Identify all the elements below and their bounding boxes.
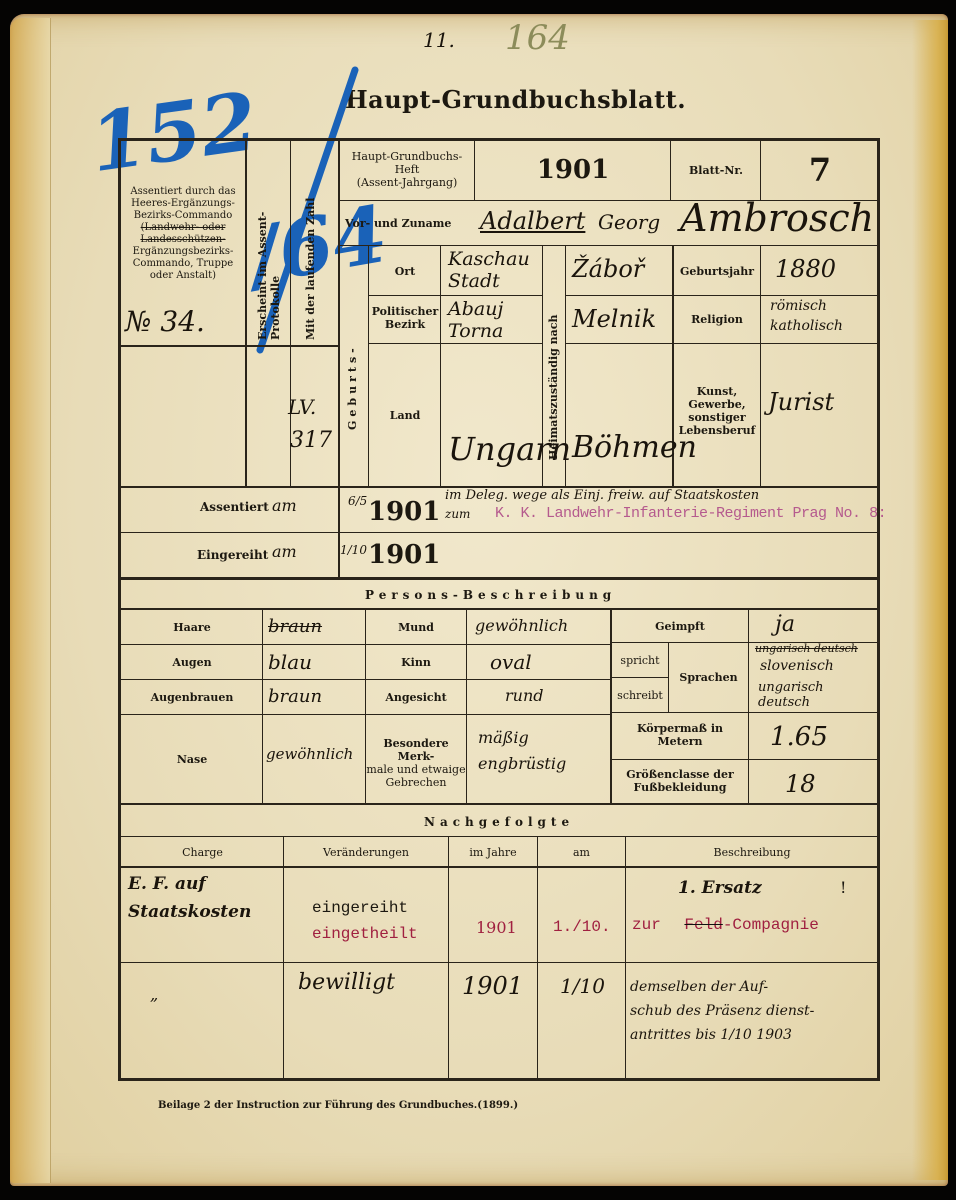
heimat-section-label: Heimatszuständig nach: [547, 290, 560, 460]
divider: [466, 608, 467, 804]
label-line: Bezirk: [370, 318, 440, 331]
row1-am: 1./10.: [553, 918, 611, 936]
row2-am: 1/10: [560, 974, 605, 998]
geburtsjahr-value: 1880: [775, 255, 836, 283]
divider: [245, 140, 247, 486]
ort-label: Ort: [370, 248, 440, 294]
label-line: Commando, Truppe: [122, 258, 244, 270]
value-line: römisch: [770, 296, 843, 316]
laufende-value: 317: [290, 428, 332, 453]
middle-name: Georg: [598, 210, 660, 234]
augen-value: blau: [268, 650, 312, 674]
heft-label: Haupt-Grundbuchs- Heft (Assent-Jahrgang): [342, 150, 472, 189]
assentiert-am: am: [272, 496, 297, 515]
mund-value: gewöhnlich: [475, 616, 568, 635]
eingereiht-am: am: [272, 542, 297, 561]
row2-jahr: 1901: [462, 972, 523, 1000]
eingereiht-row-label: Eingereiht: [197, 548, 268, 562]
beruf-label: Kunst, Gewerbe, sonstiger Lebensberuf: [674, 385, 760, 437]
value-line: Staatskosten: [128, 898, 251, 926]
label-line: Politischer: [370, 305, 440, 318]
divider: [448, 836, 449, 1078]
bezirk-label: Politischer Bezirk: [370, 305, 440, 331]
value-line: schub des Präsenz dienst-: [630, 999, 814, 1023]
label-line: Größenclasse der: [612, 768, 748, 781]
divider: [612, 712, 878, 713]
pencil-number: 164: [505, 18, 570, 58]
col-beschreibung: Beschreibung: [626, 838, 878, 866]
divider: [670, 140, 671, 200]
geburtsjahr-label: Geburtsjahr: [674, 248, 760, 294]
divider: [120, 532, 878, 533]
land-label: Land: [370, 345, 440, 485]
blatt-value: 7: [762, 140, 878, 200]
row2-charge: „: [150, 985, 158, 1004]
row1-jahr: 1901: [476, 918, 517, 937]
divider: [625, 836, 626, 1078]
divider: [120, 577, 878, 580]
eingereiht-date-prefix: 1/10: [340, 543, 367, 557]
series-number: 11.: [423, 28, 455, 52]
value-line: E. F. auf: [128, 870, 251, 898]
label-line: Körpermaß in: [612, 722, 748, 735]
row1-mark: !: [840, 878, 846, 897]
heimat-bezirk-value: Melnik: [572, 305, 656, 333]
label-line: Gebrechen: [366, 776, 466, 789]
label-line: Lebensberuf: [674, 424, 760, 437]
sprachen-label: Sprachen: [669, 643, 748, 712]
religion-label: Religion: [674, 296, 760, 342]
divider: [440, 245, 441, 486]
geimpft-value: ja: [775, 612, 795, 637]
col-veraenderungen: Veränderungen: [284, 838, 448, 866]
divider: [340, 245, 878, 246]
kinn-label: Kinn: [366, 645, 466, 679]
divider: [120, 803, 878, 805]
value-line: antrittes bis 1/10 1903: [630, 1023, 814, 1047]
kinn-value: oval: [490, 650, 532, 674]
col-jahr: im Jahre: [449, 838, 537, 866]
description-section-title: Persons-Beschreibung: [365, 588, 616, 602]
zur-text: zur: [632, 916, 661, 934]
label-line: Heft: [342, 163, 472, 176]
page-right-edge-stain: [912, 20, 948, 1180]
spricht-label: spricht: [612, 643, 668, 677]
eingereiht-year: 1901: [368, 540, 440, 570]
label-line-struck: (Landwehr- oder: [122, 222, 244, 234]
assentiert-note: im Deleg. wege als Einj. freiw. auf Staa…: [445, 488, 759, 503]
divider: [283, 836, 284, 1078]
value-line: katholisch: [770, 316, 843, 336]
nachgefolgte-title: Nachgefolgte: [424, 815, 574, 829]
koerpermass-value: 1.65: [770, 722, 828, 752]
value-line: engbrüstig: [478, 751, 566, 777]
nase-value: gewöhnlich: [266, 745, 353, 763]
divider: [368, 245, 369, 486]
value-line: demselben der Auf-: [630, 975, 814, 999]
label-line: Assentiert durch das: [122, 186, 244, 198]
value-line: Abauj: [448, 298, 503, 320]
divider: [338, 140, 340, 578]
assentiert-number: № 34.: [125, 305, 205, 338]
page-left-edge: [10, 18, 51, 1183]
divider: [537, 836, 538, 1078]
fuss-label: Größenclasse der Fußbekleidung: [612, 768, 748, 794]
erscheint-label: Erscheint im Assent-Protokolle: [256, 190, 282, 340]
divider: [120, 345, 340, 347]
nase-label: Nase: [122, 715, 262, 803]
row2-veraenderung: bewilligt: [298, 970, 395, 995]
divider: [120, 866, 878, 868]
haare-label: Haare: [122, 610, 262, 644]
divider: [760, 140, 761, 200]
label-line: (Assent-Jahrgang): [342, 176, 472, 189]
heimat-ort-value: Žáboř: [572, 255, 644, 283]
augenbrauen-label: Augenbrauen: [122, 680, 262, 714]
value-line: eingetheilt: [312, 921, 418, 947]
label-line: Bezirks-Commando: [122, 210, 244, 222]
row1-beschreibung: zur Feld-Compagnie: [632, 916, 819, 934]
divider: [120, 962, 878, 963]
label-line: Fußbekleidung: [612, 781, 748, 794]
fuss-value: 18: [785, 770, 816, 798]
divider: [368, 343, 542, 344]
divider: [474, 140, 475, 200]
assentiert-year: 1901: [368, 497, 440, 527]
augenbrauen-value: braun: [268, 686, 322, 707]
first-name: Adalbert: [480, 207, 585, 235]
divider: [262, 608, 263, 804]
label-line: sonstiger: [674, 411, 760, 424]
col-am: am: [538, 838, 625, 866]
assentiert-label: Assentiert durch das Heeres-Ergänzungs- …: [122, 186, 244, 282]
blatt-label: Blatt-Nr.: [672, 140, 760, 200]
value-line: Torna: [448, 320, 503, 342]
name-label: Vor- und Zuname: [345, 217, 451, 230]
heft-value: 1901: [476, 140, 670, 200]
value-line: deutsch: [758, 695, 824, 710]
divider: [565, 343, 878, 344]
value-line: ungarisch: [758, 680, 824, 695]
col-charge: Charge: [122, 838, 283, 866]
spricht-value: slovenisch: [760, 658, 834, 674]
row1-ersatz-annotation: 1. Ersatz: [678, 878, 762, 898]
birth-section-label: Geburts-: [346, 320, 359, 430]
footer-note: Beilage 2 der Instruction zur Führung de…: [158, 1100, 518, 1111]
row2-beschreibung: demselben der Auf- schub des Präsenz die…: [630, 975, 814, 1047]
birth-bezirk-value: Abauj Torna: [448, 298, 503, 342]
label-line: Ergänzungsbezirks-: [122, 246, 244, 258]
angesicht-label: Angesicht: [366, 680, 466, 714]
row1-charge: E. F. auf Staatskosten: [128, 870, 251, 926]
laufende-value-prefix: LV.: [288, 395, 316, 419]
compagnie-text: -Compagnie: [723, 916, 819, 934]
label-line: Kunst,: [674, 385, 760, 398]
divider: [748, 608, 749, 804]
label-line-struck: Landesschützen-: [122, 234, 244, 246]
haare-value: braun: [268, 616, 322, 637]
geimpft-label: Geimpft: [612, 610, 748, 642]
assentiert-row-label: Assentiert: [200, 500, 269, 514]
birth-ort-value: Kaschau Stadt: [448, 248, 530, 292]
label-line: Metern: [612, 735, 748, 748]
religion-value: römisch katholisch: [770, 296, 843, 336]
row1-veraenderung: eingereiht eingetheilt: [312, 895, 418, 947]
schreibt-value: ungarisch deutsch: [758, 680, 824, 710]
angesicht-value: rund: [505, 686, 544, 705]
label-line: male und etwaige: [366, 763, 466, 776]
divider: [368, 295, 542, 296]
beruf-value: Jurist: [768, 388, 834, 416]
label-line: Besondere Merk-: [366, 737, 466, 763]
last-name: Ambrosch: [680, 196, 874, 240]
divider: [120, 836, 878, 837]
divider: [612, 759, 878, 760]
value-line: eingereiht: [312, 895, 418, 921]
assentiert-date-prefix: 6/5: [348, 494, 367, 508]
assentiert-zum: zum: [445, 507, 470, 521]
merkmale-label: Besondere Merk- male und etwaige Gebrech…: [366, 737, 466, 789]
label-line: Haupt-Grundbuchs-: [342, 150, 472, 163]
value-line: Stadt: [448, 270, 530, 292]
spricht-value-struck: ungarisch deutsch: [755, 642, 858, 655]
mund-label: Mund: [366, 610, 466, 644]
divider: [760, 245, 761, 486]
label-line: oder Anstalt): [122, 270, 244, 282]
value-line: mäßig: [478, 725, 566, 751]
value-line: Kaschau: [448, 248, 530, 270]
regiment-stamp: K. K. Landwehr-Infanterie-Regiment Prag …: [495, 505, 886, 522]
label-line: Gewerbe,: [674, 398, 760, 411]
augen-label: Augen: [122, 645, 262, 679]
struck-feld: Feld: [684, 916, 722, 934]
laufende-zahl-label: Mit der laufenden Zahl: [304, 190, 317, 340]
merkmale-value: mäßig engbrüstig: [478, 725, 566, 777]
schreibt-label: schreibt: [612, 678, 668, 712]
frame-bottom: [118, 1078, 880, 1081]
label-line: Heeres-Ergänzungs-: [122, 198, 244, 210]
koerpermass-label: Körpermaß in Metern: [612, 722, 748, 748]
